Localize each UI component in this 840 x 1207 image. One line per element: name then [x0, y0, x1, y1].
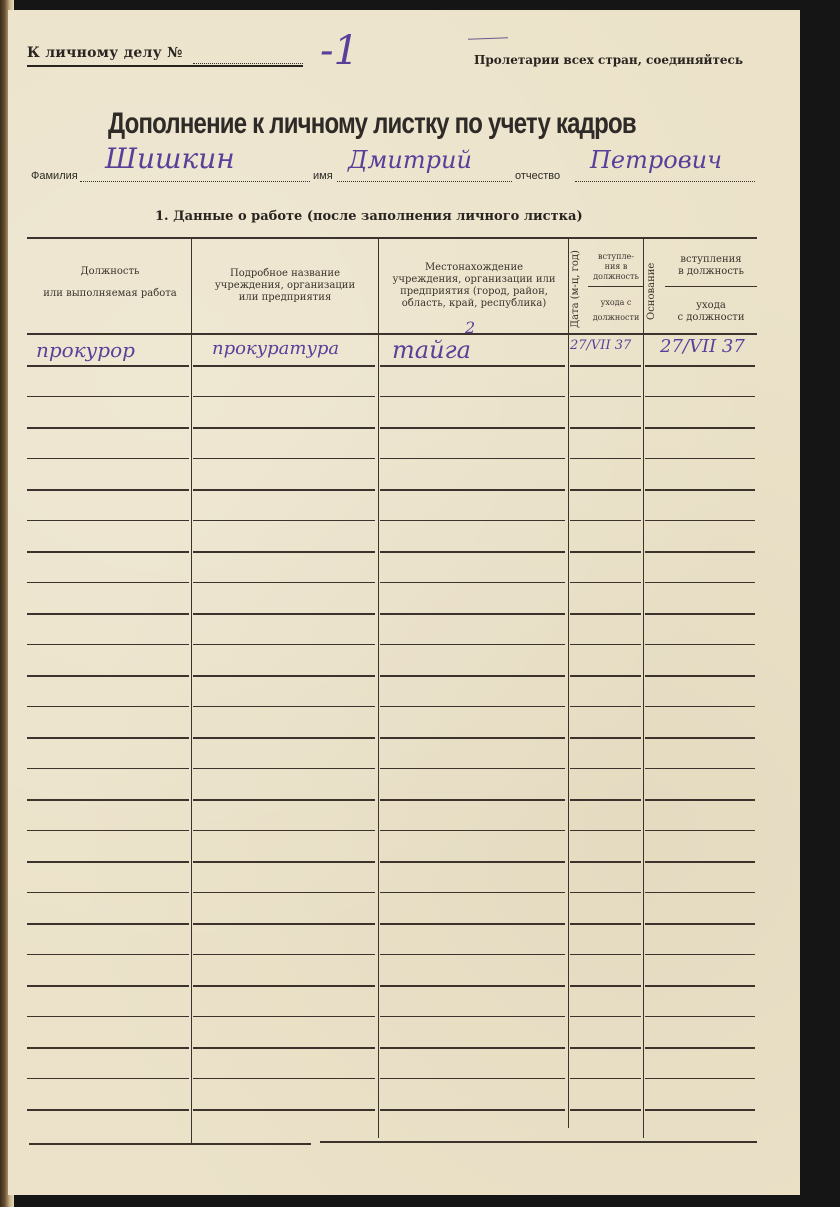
row-rule — [193, 675, 375, 677]
row-rule — [380, 396, 565, 397]
table-top-rule — [27, 237, 757, 239]
row-rule — [27, 985, 189, 987]
row-rule — [27, 892, 189, 893]
row-rule — [570, 489, 641, 491]
slogan: Пролетарии всех стран, соединяйтесь — [474, 53, 743, 67]
row-rule — [193, 768, 375, 769]
case-number-label: К личному делу № — [27, 45, 183, 61]
row-rule — [380, 644, 565, 645]
row-rule — [380, 365, 565, 367]
row-rule — [27, 1047, 189, 1049]
row-rule — [27, 706, 189, 707]
cell-basis[interactable]: 27/VII 37 — [660, 336, 745, 357]
row-rule — [380, 985, 565, 987]
row-rule — [193, 458, 375, 459]
row-rule — [645, 1078, 755, 1079]
row-rule — [645, 830, 755, 831]
row-rule — [27, 520, 189, 521]
row-rule — [380, 768, 565, 769]
row-rule — [27, 644, 189, 645]
row-rule — [570, 551, 641, 553]
row-rule — [570, 768, 641, 769]
table-header-bottom-rule — [27, 333, 757, 335]
row-rule — [27, 1016, 189, 1017]
row-rule — [645, 396, 755, 397]
row-rule — [645, 613, 755, 615]
row-rule — [193, 613, 375, 615]
col-header-position: Должность или выполняемая работа — [30, 266, 190, 300]
row-rule — [193, 892, 375, 893]
row-rule — [645, 675, 755, 677]
row-rule — [570, 396, 641, 397]
row-rule — [645, 985, 755, 987]
row-rule — [645, 954, 755, 955]
row-rule — [570, 427, 641, 429]
table-bottom-rule-right — [320, 1141, 757, 1143]
cell-position[interactable]: прокурор — [36, 338, 135, 362]
row-rule — [645, 768, 755, 769]
row-rule — [380, 551, 565, 553]
row-rule — [645, 644, 755, 645]
row-rule — [380, 892, 565, 893]
row-rule — [570, 830, 641, 831]
row-rule — [193, 582, 375, 583]
row-rule — [570, 861, 641, 863]
first-name-field[interactable] — [337, 181, 512, 182]
row-rule — [380, 582, 565, 583]
row-rule — [380, 861, 565, 863]
row-rule — [645, 1016, 755, 1017]
row-rule — [27, 365, 189, 367]
row-rule — [27, 458, 189, 459]
row-rule — [380, 706, 565, 707]
row-rule — [645, 892, 755, 893]
column-divider — [191, 238, 192, 1143]
col-header-basis: Основание — [646, 263, 657, 320]
row-rule — [27, 675, 189, 677]
row-rule — [193, 396, 375, 397]
row-rule — [380, 613, 565, 615]
row-rule — [27, 830, 189, 831]
row-rule — [570, 1109, 641, 1111]
row-rule — [380, 489, 565, 491]
column-divider — [568, 238, 569, 1128]
row-rule — [645, 1109, 755, 1111]
row-rule — [27, 427, 189, 429]
row-rule — [193, 427, 375, 429]
row-rule — [645, 582, 755, 583]
row-rule — [380, 830, 565, 831]
row-rule — [193, 954, 375, 955]
row-rule — [645, 799, 755, 801]
form-page — [8, 10, 800, 1195]
col-header-date: Дата (м-ц, год) — [570, 250, 581, 328]
row-rule — [570, 1016, 641, 1017]
row-rule — [193, 799, 375, 801]
row-rule — [380, 1047, 565, 1049]
row-rule — [570, 613, 641, 615]
row-rule — [27, 489, 189, 491]
row-rule — [193, 644, 375, 645]
row-rule — [645, 489, 755, 491]
row-rule — [27, 613, 189, 615]
patronymic-value: Петрович — [590, 146, 722, 174]
row-rule — [645, 458, 755, 459]
first-name-label: имя — [313, 170, 333, 182]
row-rule — [193, 1078, 375, 1079]
row-rule — [570, 954, 641, 955]
row-rule — [193, 985, 375, 987]
row-rule — [570, 675, 641, 677]
row-rule — [27, 1109, 189, 1111]
row-rule — [193, 737, 375, 739]
patronymic-label: отчество — [515, 170, 560, 182]
row-rule — [27, 954, 189, 955]
row-rule — [570, 923, 641, 925]
row-rule — [645, 520, 755, 521]
page-title: Дополнение к личному листку по учету кад… — [108, 107, 636, 141]
col-header-basis-end: ухода с должности — [665, 300, 757, 324]
row-rule — [570, 520, 641, 521]
row-rule — [570, 799, 641, 801]
row-rule — [645, 365, 755, 367]
first-name-value: Дмитрий — [348, 146, 472, 174]
section-title: 1. Данные о работе (после заполнения лич… — [155, 209, 583, 224]
row-rule — [645, 1047, 755, 1049]
row-rule — [570, 1047, 641, 1049]
row-rule — [645, 427, 755, 429]
basis-subdivider — [665, 286, 757, 287]
row-rule — [27, 1078, 189, 1079]
row-rule — [570, 892, 641, 893]
row-rule — [645, 737, 755, 739]
row-rule — [380, 954, 565, 955]
row-rule — [570, 706, 641, 707]
row-rule — [570, 365, 641, 367]
row-rule — [645, 551, 755, 553]
row-rule — [570, 458, 641, 459]
row-rule — [193, 1047, 375, 1049]
col-header-date-end: ухода с должности — [588, 298, 644, 323]
col-header-date-start: вступле- ния в должность — [588, 252, 644, 282]
column-divider — [378, 238, 379, 1138]
row-rule — [645, 706, 755, 707]
row-rule — [570, 985, 641, 987]
col-header-basis-start: вступления в должность — [665, 254, 757, 278]
row-rule — [380, 923, 565, 925]
date-subdivider — [588, 286, 643, 287]
cell-organization[interactable]: прокуратура — [212, 338, 339, 359]
row-rule — [193, 923, 375, 925]
row-rule — [27, 551, 189, 553]
surname-value: Шишкин — [105, 142, 235, 175]
cell-location[interactable]: тайга — [392, 336, 471, 364]
row-rule — [193, 365, 375, 367]
row-rule — [380, 458, 565, 459]
row-rule — [193, 706, 375, 707]
row-rule — [380, 1078, 565, 1079]
row-rule — [570, 1078, 641, 1079]
col-header-organization: Подробное название учреждения, организац… — [195, 268, 375, 304]
row-rule — [27, 923, 189, 925]
patronymic-field[interactable] — [575, 181, 755, 182]
row-rule — [570, 582, 641, 583]
row-rule — [380, 520, 565, 521]
row-rule — [193, 551, 375, 553]
row-rule — [380, 427, 565, 429]
surname-field[interactable] — [80, 181, 310, 182]
row-rule — [27, 768, 189, 769]
row-rule — [570, 737, 641, 739]
case-number-field[interactable] — [193, 63, 303, 64]
row-rule — [380, 737, 565, 739]
row-rule — [27, 396, 189, 397]
row-rule — [380, 675, 565, 677]
table-bottom-rule-left — [29, 1143, 311, 1145]
row-rule — [193, 1109, 375, 1111]
row-rule — [380, 1109, 565, 1111]
col-header-location: Местонахождение учреждения, организации … — [382, 262, 566, 310]
row-rule — [27, 737, 189, 739]
case-number-value: -1 — [320, 28, 359, 74]
row-rule — [193, 520, 375, 521]
row-rule — [570, 644, 641, 645]
row-rule — [645, 861, 755, 863]
cell-date[interactable]: 27/VII 37 — [570, 338, 631, 353]
row-rule — [27, 582, 189, 583]
row-rule — [193, 861, 375, 863]
location-note: 2 — [465, 318, 475, 337]
row-rule — [645, 923, 755, 925]
row-rule — [27, 861, 189, 863]
row-rule — [380, 1016, 565, 1017]
surname-label: Фамилия — [31, 170, 78, 182]
row-rule — [380, 799, 565, 801]
row-rule — [193, 489, 375, 491]
case-number-underline — [27, 65, 303, 67]
column-divider — [643, 238, 644, 1138]
row-rule — [27, 799, 189, 801]
row-rule — [193, 830, 375, 831]
row-rule — [193, 1016, 375, 1017]
